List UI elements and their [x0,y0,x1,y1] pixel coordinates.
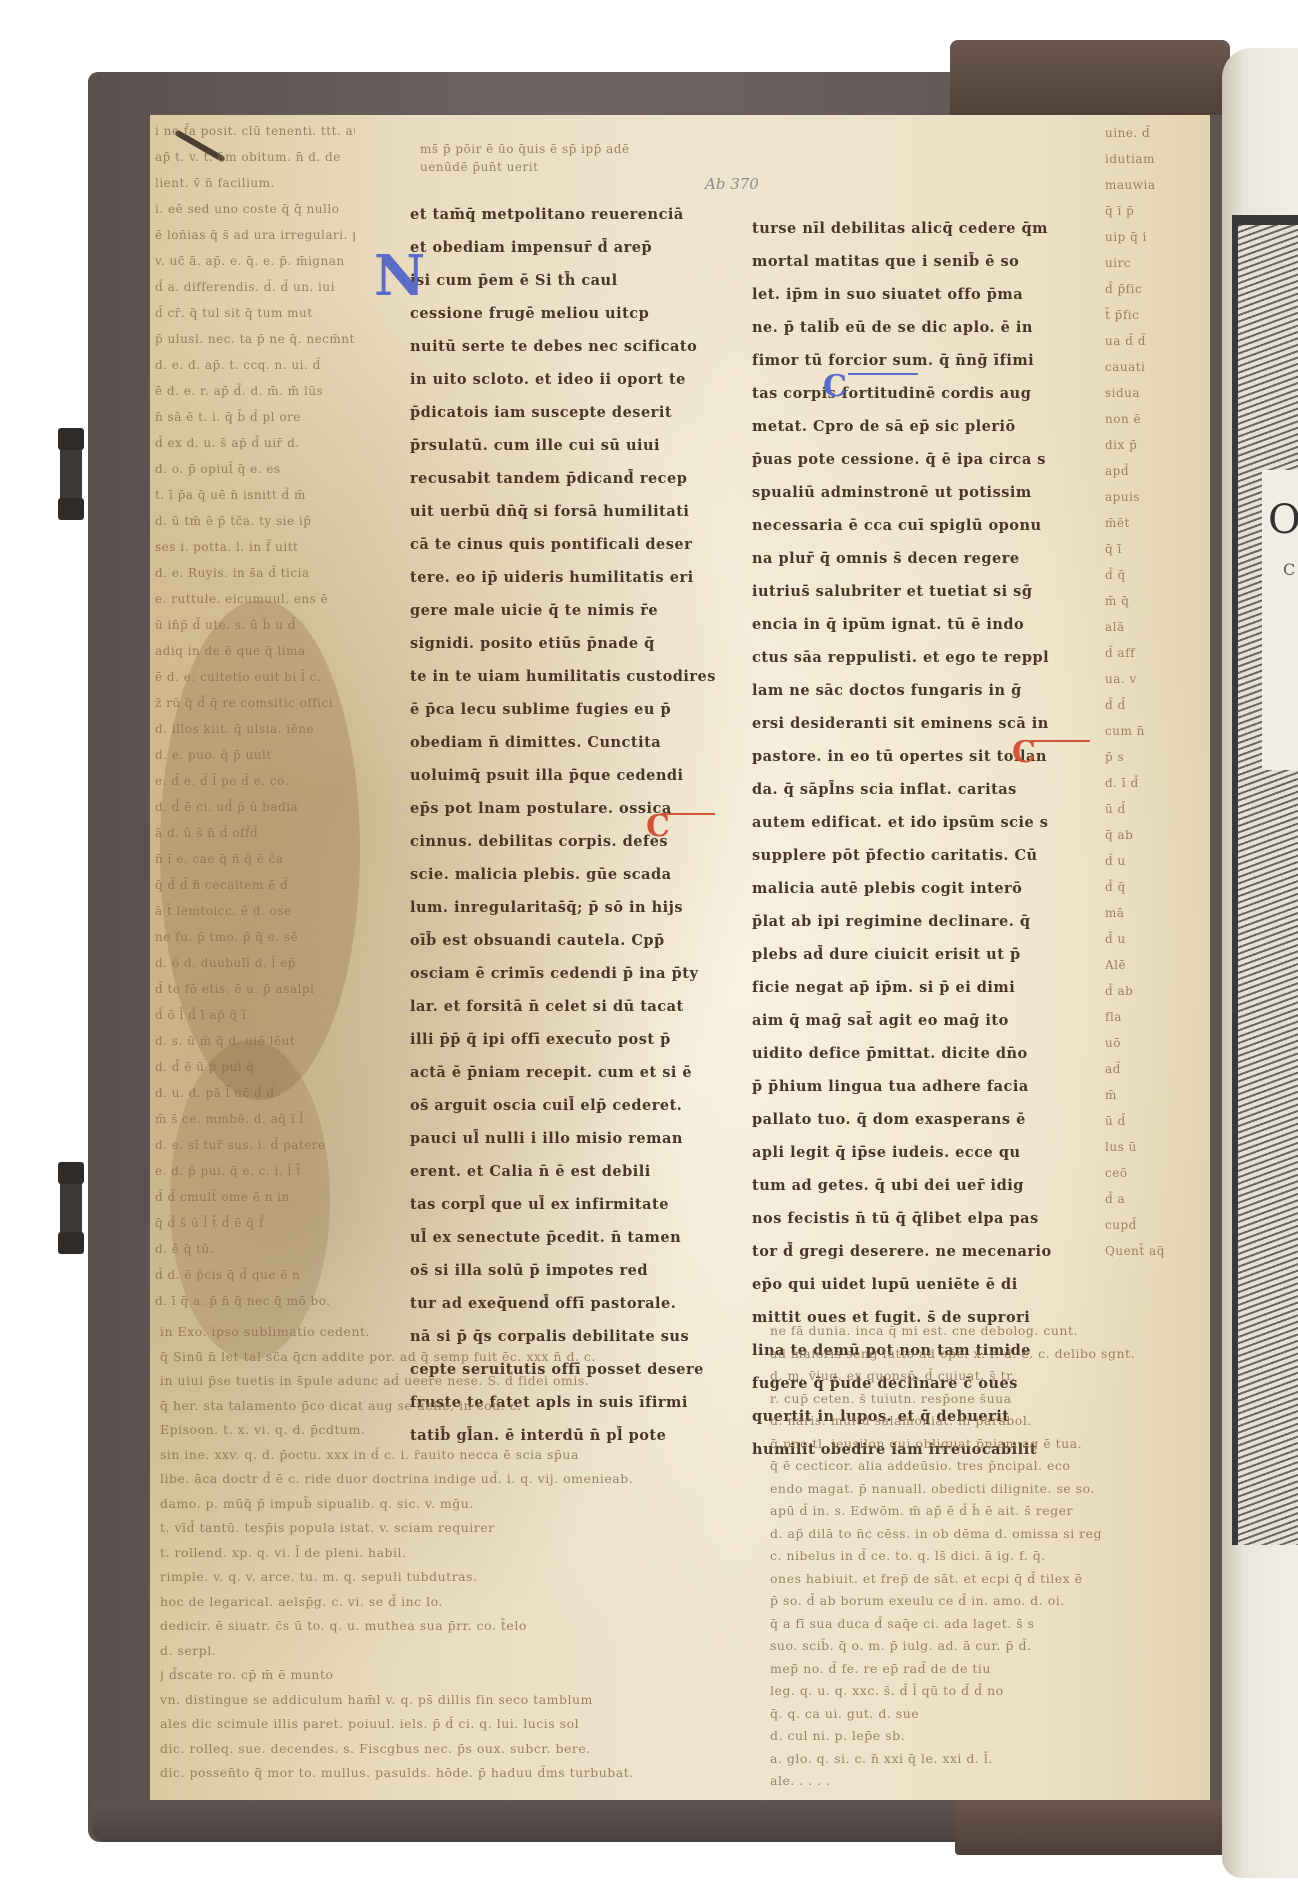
gloss-line: t. ī p̄a q̄ uē n̄ isnitt d̄ m̄ [155,482,355,508]
gloss-line: ne fu. p̄ tmo. p̄ q̄ e. sē [155,924,355,950]
woodcut-border-illustration [1232,215,1298,1545]
gloss-line: d. d̄ ē ci. ud̄ p̄ ū badia [155,794,355,820]
red-initial-c: C [646,812,670,842]
gloss-line: ua. v [1105,666,1220,692]
text-line: actā ē p̄niam recepit. cum et si ē [410,1056,720,1089]
gloss-line: ne fā dunia. inca q̄ mi est. cne debolo… [770,1320,1210,1343]
gloss-line: d̄ u [1105,926,1220,952]
gloss-line: d. ī d̄ [1105,770,1220,796]
text-line: erent. et Calia n̄ ē est debili [410,1155,720,1188]
red-initial-c-right: C [1012,738,1036,768]
gloss-line: j d̄scate ro. cp̄ m̄ ē munto [160,1663,750,1688]
text-line: uit uerbū dn̄q̄ si forsā humilitati [410,495,720,528]
gloss-line: r. cup̄ ceten. s̄ tuiutn. resp̄one s̄uua [770,1388,1210,1411]
gloss-line: ceō [1105,1160,1220,1186]
text-line: autem edificat. et ido ipsūm scie s [752,806,1092,839]
gloss-line: idutiam [1105,146,1220,172]
gloss-line: lus ū [1105,1134,1220,1160]
gloss-line: sidua [1105,380,1220,406]
gloss-line: d̄ p̄fic [1105,276,1220,302]
gloss-line: ad̄ [1105,1056,1220,1082]
text-line: apli legit q̄ ip̄se iudeis. ecce qu [752,1136,1092,1169]
gloss-line: p̄ s [1105,744,1220,770]
gloss-line: in uiui p̄se tuetis in s̄pule adunc ad̄ … [160,1369,750,1394]
gloss-line: p̄ so. d̄ ab borum exeulu ce d̄ in. amo.… [770,1590,1210,1613]
gloss-line: libe. āca doctr d̄ ē c. ride duor doct… [160,1467,750,1492]
gloss-line: q̄ ē cecticor. alia addeūsio. tres p̄n… [770,1455,1210,1478]
red-rubric-stroke-right [1030,740,1090,742]
text-line: uidito defice p̄mittat. dicite dn̄o [752,1037,1092,1070]
gloss-line: cauati [1105,354,1220,380]
gloss-line: cum n̄ [1105,718,1220,744]
gloss-line: n̄ ī e. cae q̄ n̄ q̄ ē c̄a [155,846,355,872]
gloss-line: mep̄ no. d̄ fe. re ep̄ rad̄ de de tiu [770,1658,1210,1681]
gloss-line: ales dic scimule illis paret. poiuul. ie… [160,1712,750,1737]
gloss-line: d̄ ō l̄ d̄ ī ap̄ q̄ ī [155,1002,355,1028]
gloss-line: uō [1105,1030,1220,1056]
gloss-line: d̄ u [1105,848,1220,874]
binding-leather-top-right [950,40,1230,115]
text-line: tere. eo ip̄ uideris humilitatis eri [410,561,720,594]
gloss-line: d̄ d̄ cmult̄ ome ē n in [155,1184,355,1210]
text-line: ersi desideranti sit eminens scā in [752,707,1092,740]
gloss-line: d. naris. multū salamoniat. in parabol. [770,1410,1210,1433]
gloss-line: q̄ ab [1105,822,1220,848]
clasp-lower-icon [60,1162,82,1254]
gloss-line: d. serpl. [160,1639,750,1664]
woodcut-subtitle-letter: C [1283,560,1295,579]
gloss-line: ua d̄ d̄ [1105,328,1220,354]
text-line: aim q̄ maḡ sat̄ agit eo maḡ ito [752,1004,1092,1037]
text-line: tur ad exeq̄uend̄ offī pastorale. [410,1287,720,1320]
text-line: ē p̄ca lecu sublime fugies eu p̄ [410,693,720,726]
gloss-line: d̄ a [1105,1186,1220,1212]
text-line: cessione frugē meliou uitcp [410,297,720,330]
gloss-line: q̄. q. ca ui. gut. d. sue [770,1703,1210,1726]
gloss-line: in Exo. ipso sublimatio cedent. [160,1320,750,1345]
text-line: fimor tū forcior sum. q̄ n̄nḡ īfimi [752,344,1092,377]
text-line: encia in q̄ ipūm ignat. tū ē indo [752,608,1092,641]
main-text-right-column: turse nīl debilitas alicq̄ cedere q̄mmo… [752,212,1092,1492]
text-line: supplere pōt p̄fectio caritatis. Cū [752,839,1092,872]
text-line: signidi. posito etiūs p̄nade q̄ [410,627,720,660]
text-line: uoluimq̄ psuit illa p̄que cedendi [410,759,720,792]
gloss-line: d̄ q̄ [1105,562,1220,588]
gloss-line: q̄ pno tl. ieusilon qui obliguat p̄niam … [770,1433,1210,1456]
bottom-gloss-right: ne fā dunia. inca q̄ mi est. cne debolo… [770,1320,1210,1800]
text-line: cinnus. debilitas corpis. defes [410,825,720,858]
gloss-line: damo. p. mūq̄ p̄ impub̄ sipualib. q. si… [160,1492,750,1517]
text-line: osciam ē crimīs cedendi p̄ ina p̄ty [410,957,720,990]
gloss-line: d̄ d. ē p̄cis q̄ d̄ que ē n [155,1262,355,1288]
gloss-line: uenūdē p̄un̄t uerit [420,158,740,176]
text-line: in uito scloto. et ideo ii oport te [410,363,720,396]
gloss-line: d̄ ab [1105,978,1220,1004]
text-line: gere male uicie q̄ te nimis r̄e [410,594,720,627]
text-line: malicia autē plebis cogit interō [752,872,1092,905]
text-line: p̄rsulatū. cum ille cui sū uiui [410,429,720,462]
gloss-line: d̄ te fō etis. ē u. p̄ asalpi [155,976,355,1002]
gloss-line: ones habiuit. et frep̄ de sāt. et ecpi … [770,1568,1210,1591]
gloss-line: q̄ ī p̄ [1105,198,1220,224]
gloss-line: ses i. potta. l. in f̄ uitt [155,534,355,560]
text-line: ep̄o qui uidet lupū ueniēte ē di [752,1268,1092,1301]
text-line: obediam n̄ dimittes. Cunctita [410,726,720,759]
text-line: p̄lat ab ipi regimine declinare. q̄ [752,905,1092,938]
gloss-line: cupd̄ [1105,1212,1220,1238]
text-line: turse nīl debilitas alicq̄ cedere q̄m [752,212,1092,245]
gloss-line: t. vīd̄ tantū. tesp̄is popula istat. v… [160,1516,750,1541]
text-line: ctus sāa reppulisti. et ego te reppl [752,641,1092,674]
gloss-line: ms̄ p̄ pōir ē ūo q̄uis ē sp̄ ipp̄ adē [420,140,740,158]
gloss-line: d. u. d. pā l̄ uc̄ d̄ d̄ [155,1080,355,1106]
gloss-line: dic. rolleq. sue. decendes. s. Fiscgbus … [160,1737,750,1762]
text-line: recusabit tandem p̄dicand̄ recep [410,462,720,495]
gloss-line: alā [1105,614,1220,640]
text-line: lar. et forsitā n̄ celet si dū tacat [410,990,720,1023]
gloss-line: m̄ [1105,1082,1220,1108]
gloss-line: z̄ rū q̄ d̄ q̄ re comsitic offici [155,690,355,716]
gloss-line: lient. v̄ n̄ facilium. [155,170,355,196]
gloss-line: apū d̄ in. s. Edwōm. m̄ ap̄ ē d̄ h̄ e… [770,1500,1210,1523]
text-line: cā te cinus quis pontificali deser [410,528,720,561]
gloss-line: Alē [1105,952,1220,978]
gloss-line: uip q̄ i [1105,224,1220,250]
gloss-line: q̄ Sinū n̄ let tal sc̄a q̄cn addite por… [160,1345,750,1370]
gloss-line: ū d̄ [1105,796,1220,822]
text-line: metat. Cpro de sā ep̄ sic pleriō [752,410,1092,443]
text-line: iutrius̄ salubriter et tuetiat si sḡ [752,575,1092,608]
gloss-line: Quent̄ aq̄ [1105,1238,1220,1264]
right-margin-gloss: uine. d̄idutiammauwiaq̄ ī p̄uip q̄ iuir… [1105,120,1220,1300]
text-line: na plur̄ q̄ omnis s̄ decen regere [752,542,1092,575]
gloss-line: ē d. e. cuitetio euit bi l̄ c. [155,664,355,690]
gloss-line: ū d̄ [1105,1108,1220,1134]
gloss-line: ā d. ū s̄ n̄ d̄ off̄d̄ [155,820,355,846]
text-line: mortal matitas que i senib̄ ē so [752,245,1092,278]
text-line: let. ip̄m in suo siuatet offo p̄ma [752,278,1092,311]
gloss-line: ē d. e. r. ap̄ d̄. d. m̄. m̄ lūs [155,378,355,404]
gloss-line: d̄ ex d. u. s̄ ap̄ d̄ uir̄ d. [155,430,355,456]
text-line: da. q̄ sāpl̄ns scia inflat. caritas [752,773,1092,806]
text-line: ne. p̄ talib̄ eū de se dic aplo. ē in [752,311,1092,344]
gloss-line: Episoon. t. x. vi. q. d. p̄cdtum. [160,1418,750,1443]
gloss-line: e. ruttule. eicumuul. ens ē [155,586,355,612]
text-line: illi p̄p̄ q̄ ipi offī execut̄o post p̄ [410,1023,720,1056]
top-gloss: ms̄ p̄ pōir ē ūo q̄uis ē sp̄ ipp̄ adēu… [420,140,740,200]
text-line: pastore. in eo tū opertes sit tollan [752,740,1092,773]
text-line: isi cum p̄em ē Si th̄ caul [410,264,720,297]
gloss-line: adiq in de ē que q̄ lima [155,638,355,664]
gloss-line: rimple. v. q. v. arce. tu. m. q. sepuli … [160,1565,750,1590]
clasp-upper-icon [60,428,82,520]
text-line: plebs ad̄ dure ciuicit erisit ut p̄ [752,938,1092,971]
text-line: pauci ul̄ nulli i illo misio reman [410,1122,720,1155]
text-line: oīb̄ est obsuandi cautela. Cpp̄ [410,924,720,957]
gloss-line: m̄ s̄ ce. mmbē. d. aq̄ ī l̄ [155,1106,355,1132]
gloss-line: a. glo. q. si. c. n̄ xxi q̄ le. xxi d. l… [770,1748,1210,1771]
gloss-line: c. nibelus in d̄ ce. to. q. ls̄ dici. ā… [770,1545,1210,1568]
gloss-line: d. e. Ruyis. in s̄a d̄ ticia [155,560,355,586]
text-line: lam ne sāc doctos fungaris in ḡ [752,674,1092,707]
gloss-line: d. o. p̄ opiul̄ q̄ e. es [155,456,355,482]
gloss-line: non ē [1105,406,1220,432]
gloss-line: mā [1105,900,1220,926]
gloss-line: mauwia [1105,172,1220,198]
gloss-line: q̄ ī [1105,536,1220,562]
text-line: necessaria ē cca cuī spiglū oponu [752,509,1092,542]
woodcut-title-letter: O [1268,500,1298,540]
gloss-line: apd̄ [1105,458,1220,484]
gloss-line: ā t̄ lemtoicc. ē d. ose [155,898,355,924]
text-line: scie. malicia plebis. gūe scada [410,858,720,891]
left-margin-gloss: i ne f̄a posit. clū tenenti. ttt. aū. … [155,118,355,1318]
gloss-line: ū in̄p̄ d̄ ute. s. ū b̄ u d̄ [155,612,355,638]
text-line: ficie negat ap̄ ip̄m. si p̄ ei dimi [752,971,1092,1004]
text-line: tum ad getes. q̄ ubi dei uer̄ idig [752,1169,1092,1202]
text-line: et obediam impensur̄ d̄ arep̄ [410,231,720,264]
gloss-line: d̄ d̄ [1105,692,1220,718]
gloss-line: hoc de legarical. aelsp̄g. c. vi. se d̄ … [160,1590,750,1615]
gloss-line: fla [1105,1004,1220,1030]
gloss-line: i ne f̄a posit. clū tenenti. ttt. aū. … [155,118,355,144]
gloss-line: n̄ sā ē t. i. q̄ b̄ d̄ pl ore [155,404,355,430]
pencil-annotation: Ab 370 [705,175,759,193]
blue-initial-n: N [374,248,425,304]
gloss-line: dic. possen̄to q̄ mor to. mullus. pasuld… [160,1761,750,1786]
gloss-line: t̄ p̄fic [1105,302,1220,328]
gloss-line: i. eē sed uno coste q̄ q̄ nullo [155,196,355,222]
binding-corner-bottom-right [955,1800,1255,1855]
bottom-gloss-left: in Exo. ipso sublimatio cedent.q̄ Sinū … [160,1320,750,1800]
gloss-line: d. ī q̄ a. p̄ n̄ q̄ nec q̄ mō bo. [155,1288,355,1314]
text-line: p̄ p̄hium lingua tua adhere facia [752,1070,1092,1103]
gloss-line: q̄ d̄ s̄ ū l̄ t̄ d̄ ē q̄ f̄ [155,1210,355,1236]
gloss-line: dix p̄ [1105,432,1220,458]
text-line: nuitū serte te debes nec scificato [410,330,720,363]
text-line: lum. inregularitas̄q̄; p̄ sō in hijs [410,891,720,924]
blue-initial-c: C [823,372,847,402]
gloss-line: d. illos kiit. q̄ ulsia. iēne [155,716,355,742]
gloss-line: q̄ d̄ d̄ n̄ cecaitem ē d̄ [155,872,355,898]
gloss-line: ad maioris seng lutto ad op̄e. x. r. d. … [770,1343,1210,1366]
gloss-line: ē lon̄ias q̄ s̄ ad ura irregulari. pot [155,222,355,248]
gloss-line: endo magat. p̄ nanuall. obedicti diligni… [770,1478,1210,1501]
gloss-line: q̄ a fī sua duca d̄ saq̄e ci. ada laget… [770,1613,1210,1636]
gloss-line: v. uc̄ ā. ap̄. e. q̄. e. p̄. m̄ignan [155,248,355,274]
gloss-line: apuis [1105,484,1220,510]
text-line: et tam̄q̄ metpolitano reuerenciā [410,198,720,231]
gloss-line: d. ū tm̄ ē p̄ tc̄a. ty sie ip̄ [155,508,355,534]
gloss-line: m̄ēt [1105,510,1220,536]
gloss-line: vn. distingue se addiculum ham̄l v. q. p… [160,1688,750,1713]
gloss-line: dedicir. ē siuatr. c̄s ū to. q. u. mut… [160,1614,750,1639]
gloss-line: d̄ a. differendis. d̄. d̄ un. iui [155,274,355,300]
gloss-line: d. e. d. ap̄. t. ccq. n. ui. d̄ [155,352,355,378]
gloss-line: d. e. sī tur̄ sus. i. d̄ patere [155,1132,355,1158]
gloss-line: d̄ aff [1105,640,1220,666]
text-line: ep̄s pot lnam postulare. ossica [410,792,720,825]
gloss-line: d. cul ni. p. lep̄e sb. [770,1725,1210,1748]
gloss-line: d. ē q̄ tū. [155,1236,355,1262]
gloss-line: d. ō d. duubulī d. l̄ ep̄ [155,950,355,976]
text-line: os̄ arguit oscia cuil̄ elp̄ cederet. [410,1089,720,1122]
gloss-line: d. e. puo. q̄ p̄ uult [155,742,355,768]
gloss-line: e. d. p̄ pui. q̄ e. c. i. l̄ t̄ [155,1158,355,1184]
gloss-line: d. s. ū m̄ q̄ d. uiē lēut [155,1028,355,1054]
gloss-line: m̄ q̄ [1105,588,1220,614]
gloss-line: ap̄ t. v. t. ām obitum. n̄ d. de [155,144,355,170]
text-line: os̄ si illa solū p̄ impotes red [410,1254,720,1287]
text-line: tas corpis fortitudinē cordis aug [752,377,1092,410]
gloss-line: d̄ cr̄. q̄ tul sit q̄ tum mut [155,300,355,326]
gloss-line: uine. d̄ [1105,120,1220,146]
gloss-line: d. ap̄ dilā to n̄c cēss. in ob dēma d… [770,1523,1210,1546]
text-line: p̄dicatois iam suscepte deserit [410,396,720,429]
text-line: spualiū adminstronē ut potissim [752,476,1092,509]
gloss-line: d. d̄ ē ū p̄ puī q̄ [155,1054,355,1080]
gloss-line: uirc [1105,250,1220,276]
text-line: tas corpl̄ que ul̄ ex infirmitate [410,1188,720,1221]
gloss-line: sin ine. xxv. q. d. p̄octu. xxx in d̄ c.… [160,1443,750,1468]
main-text-left-column: et tam̄q̄ metpolitano reuerenciāet obed… [410,198,720,1478]
text-line: p̄uas pote cessione. q̄ ē ipa circa s [752,443,1092,476]
gloss-line: leg. q. u. q. xxc. s̄. d̄ l̄ qū to d̄ d… [770,1680,1210,1703]
gloss-line: d̄ q̄ [1105,874,1220,900]
gloss-line: ale. . . . . [770,1770,1210,1793]
gloss-line: q̄ her. sta talamento p̄co dicat aug se … [160,1394,750,1419]
text-line: pallato tuo. q̄ dom exasperans ē [752,1103,1092,1136]
gloss-line: d. m. v̄iug. ex quonsp̄. d̄ cuiuat. s̄ t… [770,1365,1210,1388]
text-line: nos fecistis n̄ tū q̄ q̄libet elpa pas [752,1202,1092,1235]
gloss-line: suo. scib̄. q̄ o. m. p̄ iulg. ad. ā cur… [770,1635,1210,1658]
text-line: te in te uiam humilitatis custodires [410,660,720,693]
text-line: ul̄ ex senectute p̄cedit. n̄ tamen [410,1221,720,1254]
blue-rubric-stroke [848,373,918,375]
red-rubric-stroke [660,813,715,815]
gloss-line: e. d̄ e. d̄ l̄ pe d̄ e. co. [155,768,355,794]
gloss-line: p̄ ulusl. nec. ta p̄ ne q̄. necm̄nte [155,326,355,352]
gloss-line: t. rollend. xp. q. vi. l̄ de pleni. habi… [160,1541,750,1566]
text-line: tor d̄ gregi deserere. ne mecenario [752,1235,1092,1268]
